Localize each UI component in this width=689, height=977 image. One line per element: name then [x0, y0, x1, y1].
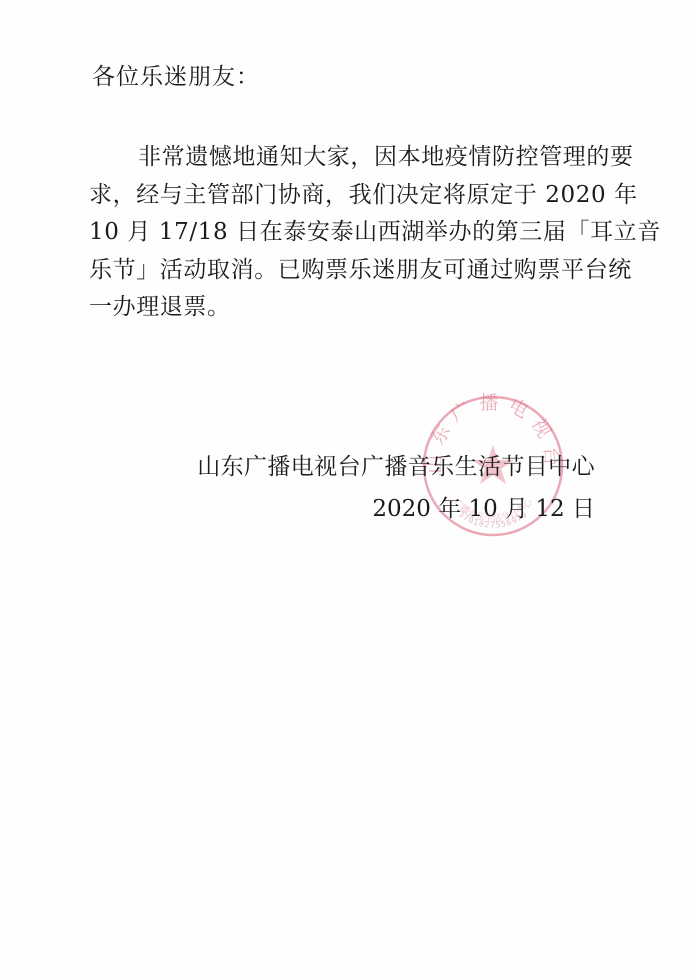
- signature-date: 2020 年 10 月 12 日: [372, 494, 595, 524]
- notice-page: 各位乐迷朋友： 非常遗憾地通知大家，因本地疫情防控管理的要 求，经与主管部门协商…: [0, 0, 689, 977]
- body-line: 10 月 17/18 日在泰安泰山西湖举办的第三届「耳立音: [89, 217, 661, 247]
- body-line: 求，经与主管部门协商，我们决定将原定于 2020 年: [89, 180, 638, 210]
- body-line: 非常遗憾地通知大家，因本地疫情防控管理的要: [138, 142, 634, 172]
- body-line: 一办理退票。: [89, 292, 231, 322]
- signature-organization: 山东广播电视台广播音乐生活节目中心: [197, 452, 595, 482]
- body-line: 乐节」活动取消。已购票乐迷朋友可通过购票平台统: [89, 255, 632, 285]
- salutation: 各位乐迷朋友：: [92, 62, 260, 92]
